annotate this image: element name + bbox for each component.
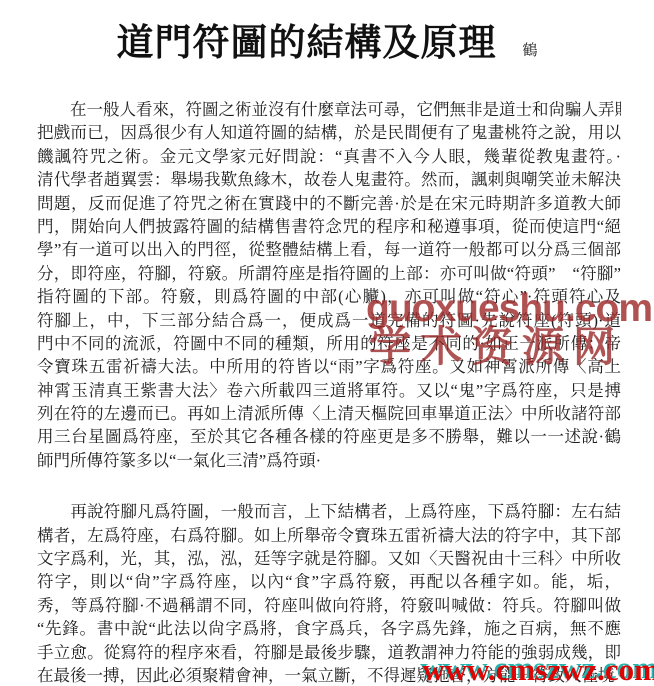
text-line: 把戲而已，因爲很少有人知道符圖的結構，於是民間便有了鬼畫桃符之說，用以 bbox=[37, 121, 621, 144]
text-line: 清代學者趙翼雲：舉場我歎魚緣木，故卷人鬼畫符。然而，諷刺與嘲笑並未解決 bbox=[37, 168, 621, 191]
text-line: 饑諷符咒之術。金元文學家元好問說：“真書不入今人眼，幾輩從教鬼畫符。· bbox=[37, 145, 621, 168]
text-line: 構者，左爲符座，右爲符腳。如上所舉帝令寶珠五雷祈禱大法的符字中，其下部 bbox=[37, 524, 621, 547]
text-line: 令寶珠五雷祈禱大法。中所用的符皆以“雨”字爲符座。又如神霄派所傳〈高上 bbox=[37, 355, 621, 378]
text-line: 再說符腳凡爲符圖，一般而言，上下結構者，上爲符座，下爲符腳：左右結 bbox=[37, 500, 621, 523]
text-line: 手立愈。從寫符的程序來看，符腳是最後步驟，道教謂神力符能的強弱成幾，即 bbox=[37, 641, 621, 664]
text-line: 符腳上，中，下三部分結合爲一，便成爲一道完備的符圖·先說符座(符頭)·道 bbox=[37, 309, 621, 332]
text-line: 師門所傳符篆多以“一氣化三清”爲符頭· bbox=[37, 449, 621, 472]
paragraph-2: 再說符腳凡爲符圖，一般而言，上下結構者，上爲符座，下爲符腳：左右結構者，左爲符座… bbox=[37, 500, 621, 686]
paragraph-1: 在一般人看來，符圖之術並沒有什麼章法可尋，它們無非是道士和尙騙人弄財的把戲而已，… bbox=[37, 98, 621, 472]
text-line: 神霄玉清真王紫書大法〉卷六所載四三道將軍符。又以“鬼”字爲符座，只是搏 bbox=[37, 379, 621, 402]
text-line: 學”有一道可以出入的門徑，從整體結構上看，每一道符一般都可以分爲三個部 bbox=[37, 238, 621, 261]
text-line: 門中不同的流派，符圖中不同的種類，所用的符座是不同的·如正一派所傳：帝 bbox=[37, 332, 621, 355]
text-line: 在最後一搏，因此必須聚精會神，一氣立斷，不得遲疑拖沓，方能一符致入佳境 bbox=[37, 664, 621, 686]
text-line: 用三台星圖爲符座，至於其它各種各樣的符座更是多不勝舉，難以一一述說·鶴 bbox=[37, 425, 621, 448]
page-title: 道門符圖的結構及原理 bbox=[116, 12, 496, 66]
text-line: 符字，則以“尙”字爲符座，以內“食”字爲符竅，再配以各種字如。能，垢， bbox=[37, 570, 621, 593]
author-mark: 鶴 bbox=[522, 39, 537, 60]
title-row: 道門符圖的結構及原理 鶴 bbox=[0, 12, 654, 66]
text-line: 列在符的左邊而已。再如上清派所傳〈上清天樞院回車畢道正法〉中所收諸符部 bbox=[37, 402, 621, 425]
text-line: 分，即符座，符腳，符竅。所謂符座是指符圖的上部：亦可叫做“符頭” “符腳” bbox=[37, 262, 621, 285]
text-line: 秀，等爲符腳·不過稱謂不同，符座叫做向符將，符竅叫喊做：符兵。符腳叫做 bbox=[37, 594, 621, 617]
text-line: 問題，反而促進了符咒之術在實踐中的不斷完善·於是在宋元時期許多道教大師 bbox=[37, 192, 621, 215]
text-line: 在一般人看來，符圖之術並沒有什麼章法可尋，它們無非是道士和尙騙人弄財的 bbox=[37, 98, 621, 121]
text-line: 門，開始向人們披露符圖的結構售書符念咒的程序和秘遵事項，從而使這門“絕 bbox=[37, 215, 621, 238]
text-line: 指符圖的下部。符竅，則爲符圖的中部(心臟)，亦可叫做“符心”·符頭符心及 bbox=[37, 285, 621, 308]
text-line: 文字爲利，光，其，泓，泓，廷等字就是符腳。又如〈天醫祝由十三科〉中所收 bbox=[37, 547, 621, 570]
text-line: “先鋒。書中說“此法以尙字爲將，食字爲兵，各字爲先鋒，施之百病，無不應 bbox=[37, 617, 621, 640]
